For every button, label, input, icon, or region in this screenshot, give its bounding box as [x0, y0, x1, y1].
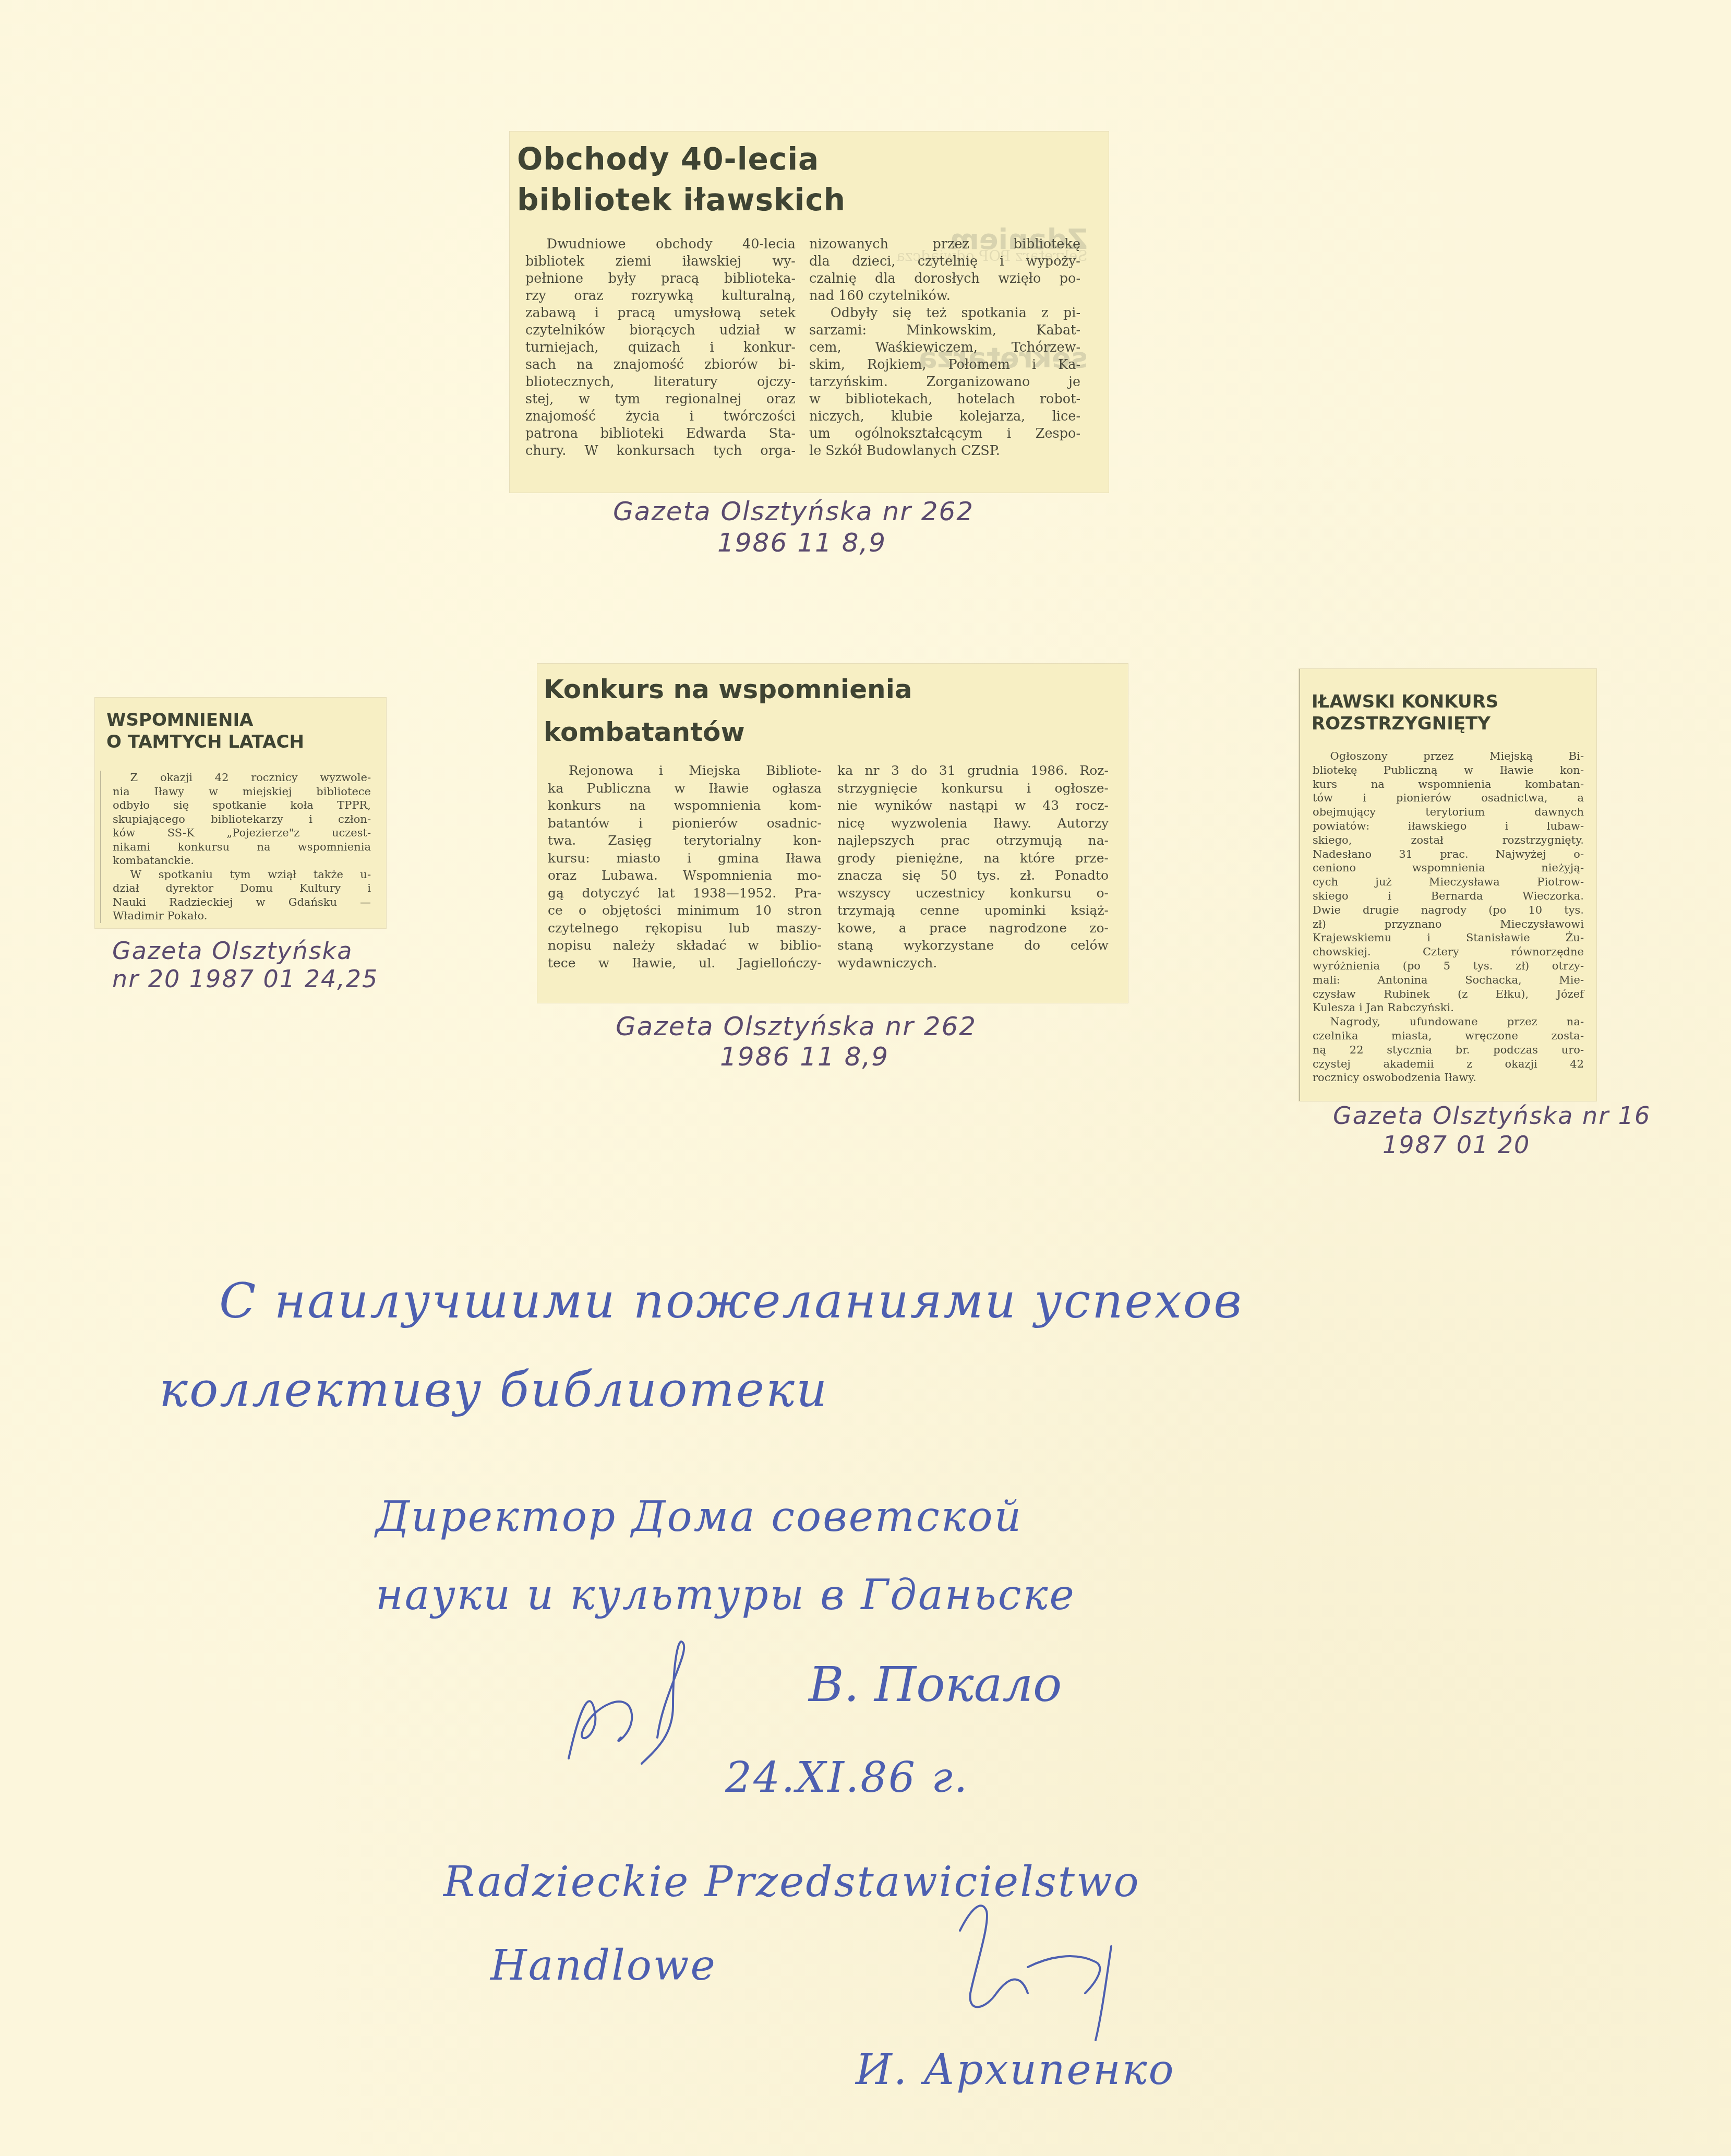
article-column-1: Rejonowa i Miejska Bibliote- ka Publiczn… [548, 762, 822, 972]
article-body: Rejonowa i Miejska Bibliote- ka Publiczn… [537, 762, 1128, 972]
source-note-clipping-1: Gazeta Olsztyńska nr 262 1986 11 8,9 [613, 496, 974, 558]
source-note-clipping-2: Gazeta Olsztyńska nr 20 1987 01 24,25 [112, 937, 378, 993]
dedication-greeting-line-1: С наилучшими пожеланиями успехов [219, 1273, 1243, 1329]
clipping-headline: Obchody 40-lecia bibliotek iławskich [510, 131, 1109, 220]
signature-scrawl-pokalo [553, 1633, 772, 1769]
article-body: Ogłoszony przez Miejską Bi- bliotekę Pub… [1300, 749, 1596, 1085]
article-body: Z okazji 42 rocznicy wyzwole- nia Iławy … [100, 771, 386, 923]
signature-name-pokalo: В. Покало [809, 1657, 1062, 1712]
dedication-title-line-2: науки и культуры в Гданьске [376, 1571, 1076, 1619]
article-column-2: nizowanych przez bibliotekę dla dzieci, … [809, 236, 1080, 460]
second-signatory-name: И. Архипенко [856, 2045, 1175, 2094]
clipping-ilawski-konkurs-rozstrzygniety: IŁAWSKI KONKURS ROZSTRZYGNIĘTY Ogłoszony… [1299, 669, 1596, 1101]
article-body: Dwudniowe obchody 40-lecia bibliotek zie… [510, 236, 1109, 460]
dedication-title-line-1: Директор Дома советской [376, 1492, 1023, 1541]
clipping-wspomnienia-o-tamtych-latach: WSPOMNIENIA O TAMTYCH LATACH Z okazji 42… [95, 698, 386, 928]
clipping-konkurs-na-wspomnienia: Konkurs na wspomnienia kombatantów Rejon… [537, 664, 1128, 1003]
clipping-obchody-40-lecia: Zdaniem sekretarza Sekretarz POP odwiadc… [510, 131, 1109, 493]
article-column-1: Dwudniowe obchody 40-lecia bibliotek zie… [525, 236, 796, 460]
clipping-headline: Konkurs na wspomnienia kombatantów [537, 664, 1128, 753]
article-column-2: ka nr 3 do 31 grudnia 1986. Roz- strzygn… [837, 762, 1109, 972]
clipping-headline: WSPOMNIENIA O TAMTYCH LATACH [95, 698, 386, 753]
dedication-org-line-2: Handlowe [490, 1941, 717, 1990]
article-column-1: Ogłoszony przez Miejską Bi- bliotekę Pub… [1313, 749, 1584, 1085]
source-note-clipping-4: Gazeta Olsztyńska nr 16 1987 01 20 [1333, 1101, 1651, 1159]
dedication-greeting-line-2: коллективу библиотеки [159, 1362, 828, 1418]
source-note-clipping-3: Gazeta Olsztyńska nr 262 1986 11 8,9 [616, 1011, 977, 1072]
clipping-headline: IŁAWSKI KONKURS ROZSTRZYGNIĘTY [1300, 669, 1596, 735]
signature-scrawl-arkhipenko [939, 1889, 1158, 2056]
dedication-date: 24.XI.86 г. [725, 1753, 969, 1802]
article-column-1: Z okazji 42 rocznicy wyzwole- nia Iławy … [113, 771, 371, 923]
